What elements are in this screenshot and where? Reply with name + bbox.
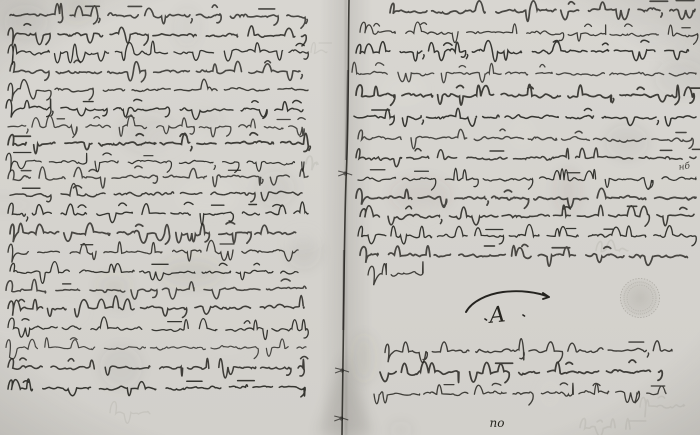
paper-mottle-spot xyxy=(177,177,237,215)
paper-mottle-spot xyxy=(606,125,648,159)
paper-mottle-spot xyxy=(286,229,318,245)
manuscript-photo: А нб по xyxy=(0,0,700,435)
paper-mottle-spot xyxy=(509,119,535,149)
manuscript-spread: А нб по xyxy=(0,0,700,435)
library-stamp xyxy=(620,278,660,318)
paper-mottle-spot xyxy=(187,113,221,127)
paper-mottle-spot xyxy=(97,275,131,295)
paper-mottle-spot xyxy=(210,337,246,353)
catchword: по xyxy=(490,416,505,430)
paper-mottle-spot xyxy=(174,7,200,47)
marginal-note: нб xyxy=(678,160,691,173)
